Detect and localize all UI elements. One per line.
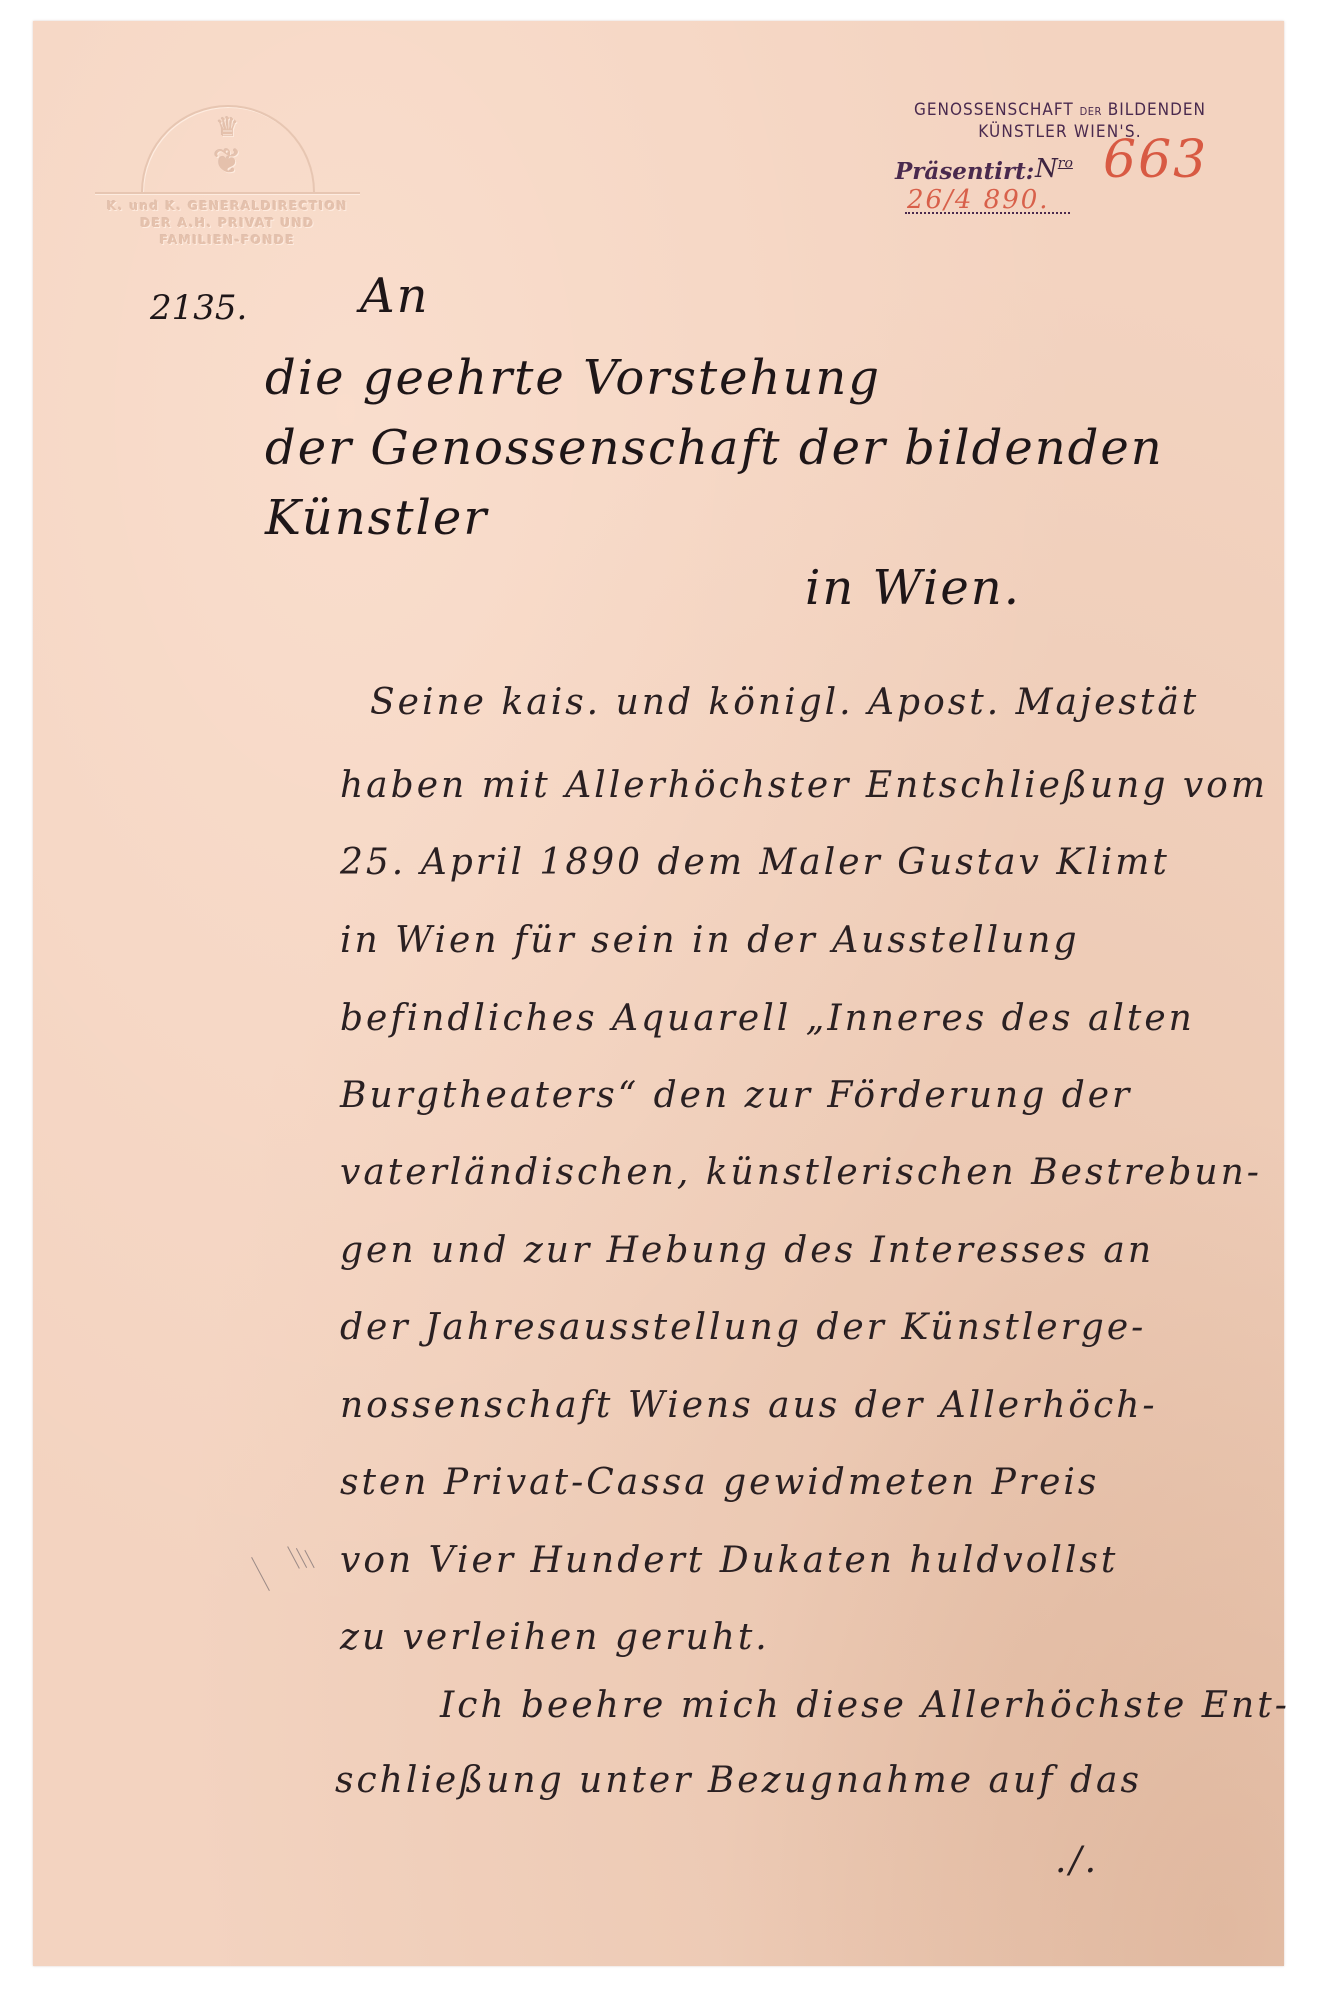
embossed-seal: ♛ ❦ K. und K. GENERALDIRECTION DER A.H. … (95, 105, 360, 265)
recipient-line2: der Genossenschaft der bildenden (265, 420, 1164, 476)
crown-icon: ♛ (216, 115, 239, 141)
body-line: 25. April 1890 dem Maler Gustav Klimt (340, 842, 1170, 883)
entry-number: 663 (1103, 130, 1208, 190)
receipt-stamp: GENOSSENSCHAFT DER BILDENDEN KÜNSTLER WI… (895, 100, 1225, 208)
recipient-line1: die geehrte Vorstehung (265, 350, 881, 406)
entry-date: 26/4 890. (905, 188, 1070, 214)
body-line: befindliches Aquarell „Inneres des alten (340, 998, 1195, 1039)
body-line: nossenschaft Wiens aus der Allerhöch- (340, 1385, 1158, 1426)
body-line: gen und zur Hebung des Interesses an (340, 1230, 1154, 1271)
seal-divider (95, 192, 360, 194)
body-line: vaterländischen, künstlerischen Bestrebu… (340, 1152, 1262, 1193)
double-eagle-icon: ❦ (213, 145, 242, 179)
stamp-text-small: DER (1080, 105, 1102, 118)
stamp-entry-row: Präsentirt: Nro 663 26/4 890. (895, 148, 1225, 208)
body-line: zu verleihen geruht. (340, 1617, 770, 1658)
body-line: sten Privat-Cassa gewidmeten Preis (340, 1462, 1099, 1503)
stamp-text: BILDENDEN (1108, 100, 1206, 120)
seal-text-line1: K. und K. GENERALDIRECTION (95, 198, 360, 215)
body-line: schließung unter Bezugnahme auf das (335, 1760, 1142, 1801)
location: in Wien. (805, 560, 1021, 616)
number-label-n: N (1035, 154, 1058, 184)
body-line: der Jahresausstellung der Künstlerge- (340, 1307, 1146, 1348)
salutation: An (360, 268, 430, 324)
body-line: Ich beehre mich diese Allerhöchste Ent- (440, 1685, 1290, 1726)
crest-outline: ♛ ❦ (141, 105, 315, 192)
body-line: von Vier Hundert Dukaten huldvollst (340, 1540, 1118, 1581)
number-label: Nro (1035, 154, 1073, 184)
pencil-marks (255, 1545, 325, 1605)
number-label-sup: ro (1058, 155, 1073, 171)
body-line: Burgtheaters“ den zur Förderung der (340, 1075, 1132, 1116)
seal-text-line3: FAMILIEN-FONDE (95, 232, 360, 249)
reference-number: 2135. (150, 288, 247, 328)
seal-text-line2: DER A.H. PRIVAT UND (95, 215, 360, 232)
body-line: Seine kais. und königl. Apost. Majestät (370, 682, 1199, 723)
body-line: haben mit Allerhöchster Entschließung vo… (340, 765, 1268, 806)
praesentirt-label: Präsentirt: (895, 158, 1034, 185)
page-continuation-mark: ./. (1055, 1840, 1099, 1881)
stamp-text: GENOSSENSCHAFT (914, 100, 1074, 120)
stamp-line1: GENOSSENSCHAFT DER BILDENDEN (895, 100, 1225, 122)
body-line: in Wien für sein in der Ausstellung (340, 920, 1080, 961)
recipient-line3: Künstler (265, 490, 488, 546)
